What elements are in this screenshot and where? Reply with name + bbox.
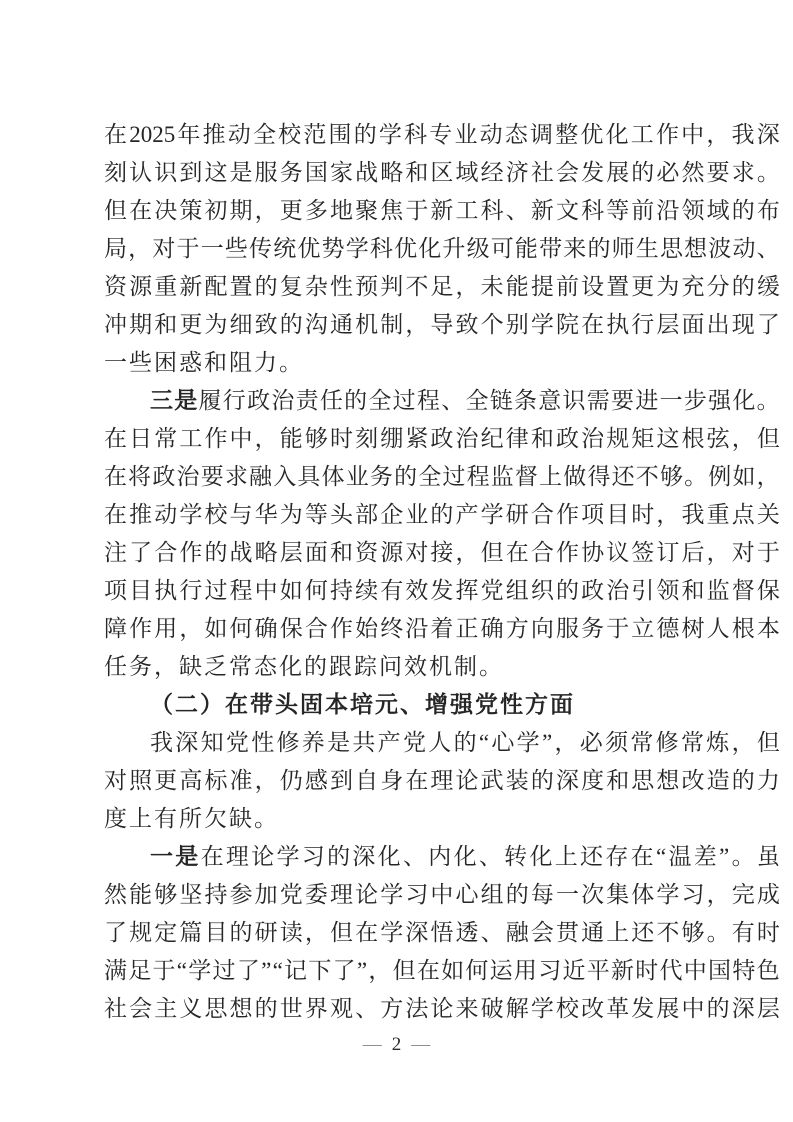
text-line: 然能够坚持参加党委理论学习中心组的每一次集体学习，完成 xyxy=(104,876,780,914)
text-line: 障作用，如何确保合作始终沿着正确方向服务于立德树人根本 xyxy=(104,610,780,648)
text-line: 资源重新配置的复杂性预判不足，未能提前设置更为充分的缓 xyxy=(104,268,780,306)
text-line: 一些困惑和阻力。 xyxy=(104,344,780,382)
text-line: 项目执行过程中如何持续有效发挥党组织的政治引领和监督保 xyxy=(104,572,780,610)
text-line: 注了合作的战略层面和资源对接，但在合作协议签订后，对于 xyxy=(104,534,780,572)
text-line: 但在决策初期，更多地聚焦于新工科、新文科等前沿领域的布 xyxy=(104,192,780,230)
text-line: 满足于“学过了”“记下了”，但在如何运用习近平新时代中国特色 xyxy=(104,952,780,990)
text-line: 一是在理论学习的深化、内化、转化上还存在“温差”。虽 xyxy=(104,838,780,876)
page-number: 2 xyxy=(392,1034,402,1055)
text-line: 在将政治要求融入具体业务的全过程监督上做得还不够。例如， xyxy=(104,458,780,496)
text-line: 任务，缺乏常态化的跟踪问效机制。 xyxy=(104,648,780,686)
page-footer: —2— xyxy=(0,1032,793,1058)
text-line: 刻认识到这是服务国家战略和区域经济社会发展的必然要求。 xyxy=(104,154,780,192)
text-line: 三是履行政治责任的全过程、全链条意识需要进一步强化。 xyxy=(104,382,780,420)
footer-left-dash: — xyxy=(353,1034,392,1055)
document-page: 在2025年推动全校范围的学科专业动态调整优化工作中，我深刻认识到这是服务国家战… xyxy=(0,0,793,1122)
text-line: 了规定篇目的研读，但在学深悟透、融会贯通上还不够。有时 xyxy=(104,914,780,952)
footer-right-dash: — xyxy=(401,1034,440,1055)
text-line: 在推动学校与华为等头部企业的产学研合作项目时，我重点关 xyxy=(104,496,780,534)
text-line: 冲期和更为细致的沟通机制，导致个别学院在执行层面出现了 xyxy=(104,306,780,344)
text-line: 度上有所欠缺。 xyxy=(104,800,780,838)
document-body: 在2025年推动全校范围的学科专业动态调整优化工作中，我深刻认识到这是服务国家战… xyxy=(104,116,780,1028)
text-line: 在2025年推动全校范围的学科专业动态调整优化工作中，我深 xyxy=(104,116,780,154)
section-heading: （二）在带头固本培元、增强党性方面 xyxy=(104,686,780,724)
text-line: 对照更高标准，仍感到自身在理论武装的深度和思想改造的力 xyxy=(104,762,780,800)
text-line: 在日常工作中，能够时刻绷紧政治纪律和政治规矩这根弦，但 xyxy=(104,420,780,458)
text-line: 我深知党性修养是共产党人的“心学”，必须常修常炼，但 xyxy=(104,724,780,762)
text-line: 局，对于一些传统优势学科优化升级可能带来的师生思想波动、 xyxy=(104,230,780,268)
text-line: 社会主义思想的世界观、方法论来破解学校改革发展中的深层 xyxy=(104,990,780,1028)
